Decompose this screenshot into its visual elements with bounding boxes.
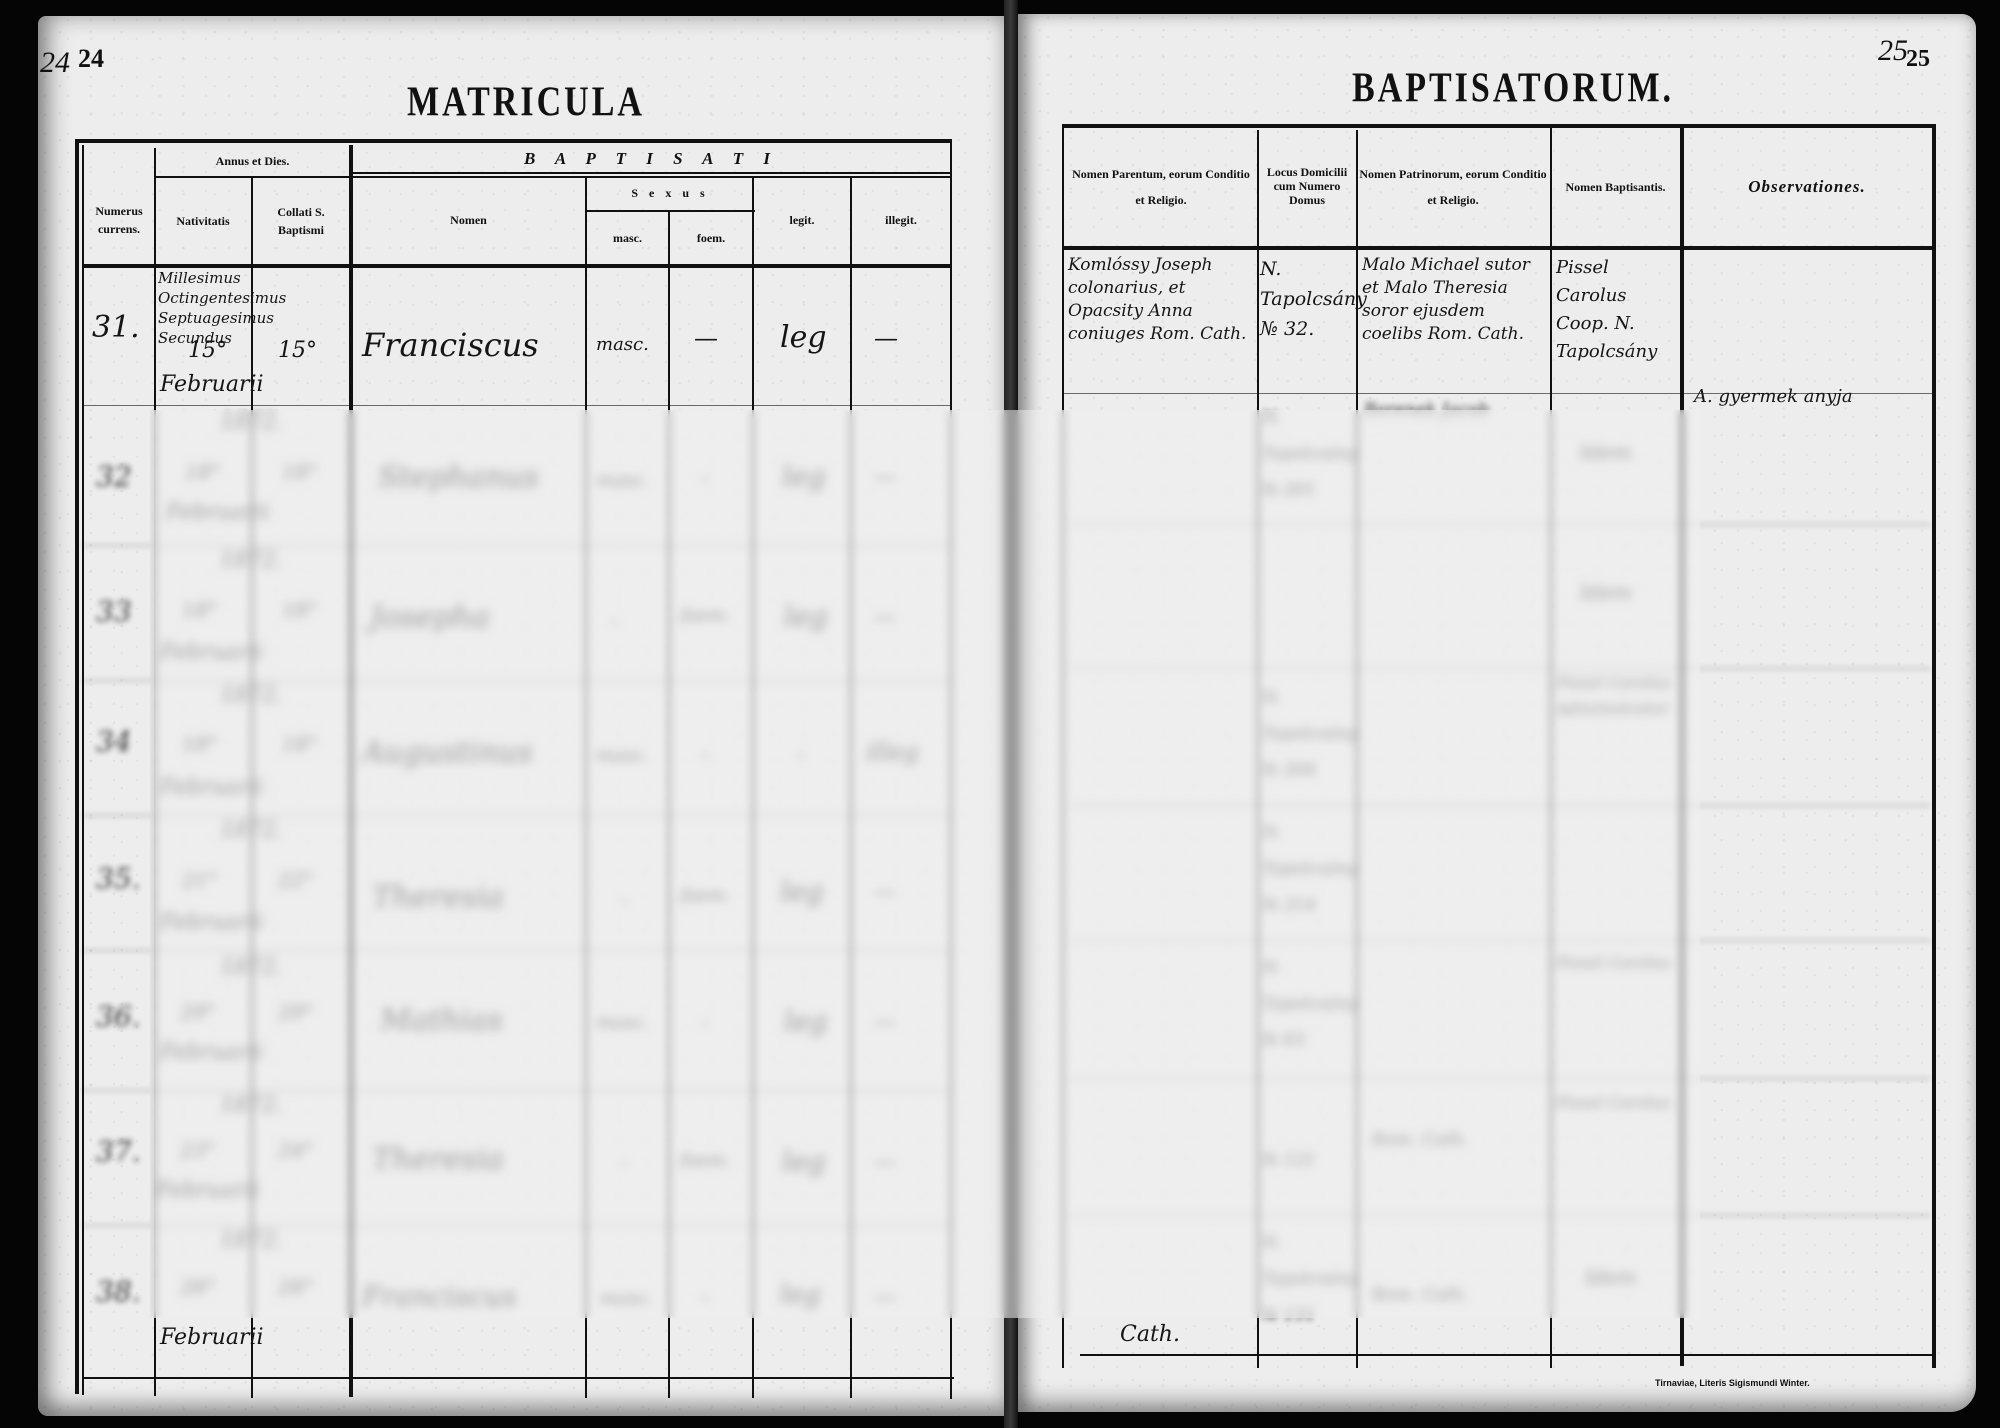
header-legit: legit.: [754, 176, 850, 264]
row-number: 32: [96, 460, 132, 493]
row-patrinorum: Malo Michael sutor et Malo Theresia soro…: [1362, 254, 1550, 346]
row-legit: leg: [780, 320, 827, 355]
row-number: 35.: [96, 862, 141, 895]
row-number: 36.: [96, 1000, 141, 1033]
row-nativitatis: 15°: [188, 338, 227, 363]
table-bottom: [1080, 1354, 1935, 1356]
row-parentum: Komlóssy Joseph colonarius, et Opacsity …: [1068, 254, 1256, 346]
row-month: Februarii: [160, 1325, 264, 1350]
row-masc: masc.: [596, 334, 649, 355]
row-locus: N. Tapolcsány № 32.: [1260, 254, 1356, 344]
page-number-handwritten-right: 25: [1878, 34, 1908, 68]
header-parentum: Nomen Parentum, eorum Conditio et Religi…: [1066, 128, 1256, 246]
header-collati: Collati S. Baptismi: [253, 178, 349, 264]
table-border: [75, 139, 79, 1394]
row-observationes: A. gyermek anyja: [1694, 386, 1853, 407]
row-month: Februarii: [160, 372, 264, 397]
header-nativitatis: Nativitatis: [155, 178, 251, 264]
page-title-right: BAPTISATORUM.: [1352, 65, 1674, 113]
header-nomen: Nomen: [352, 176, 585, 264]
header-observationes: Observationes.: [1684, 128, 1930, 246]
page-number-printed-left: 24: [78, 44, 104, 74]
header-separator: [1064, 246, 1934, 250]
row-foem: —: [694, 324, 718, 352]
row-year: Millesimus Octingentesimus Septuagesimus…: [158, 268, 348, 348]
header-numerus: Numerus currens.: [84, 176, 154, 264]
header-foem: foem.: [670, 212, 752, 264]
header-annus-et-dies: Annus et Dies.: [155, 146, 350, 176]
row-number: 31.: [92, 310, 140, 345]
row-number: 37.: [96, 1135, 141, 1168]
page-title-left: MATRICULA: [407, 79, 645, 127]
row-baptisantis: Pissel Carolus Coop. N. Tapolcsány: [1556, 254, 1680, 366]
col-line: [1932, 124, 1936, 1368]
table-border: [82, 145, 84, 1395]
table-border: [75, 139, 952, 143]
table-bottom: [82, 1377, 954, 1379]
printer-imprint: Tirnaviae, Literis Sigismundi Winter.: [1655, 1378, 1810, 1388]
redaction-blur-band: [150, 410, 1700, 1318]
header-locus: Locus Domicilii cum Numero Domus: [1259, 128, 1355, 246]
header-patrinorum: Nomen Patrinorum, eorum Conditio et Reli…: [1358, 128, 1548, 246]
row-nomen: Franciscus: [362, 326, 539, 364]
header-sexus: S e x u s: [587, 176, 753, 210]
row-collati: 15°: [278, 338, 317, 363]
header-masc: masc.: [587, 212, 668, 264]
page-number-printed-right: 25: [1906, 46, 1930, 73]
row-number: 38.: [96, 1275, 141, 1308]
row-illegit: —: [874, 324, 898, 352]
header-illegit: illegit.: [852, 176, 950, 264]
header-baptisati: B A P T I S A T I: [352, 144, 950, 174]
row-separator: [82, 405, 950, 406]
header-baptisantis: Nomen Baptisantis.: [1552, 128, 1679, 246]
row-number: 33: [96, 595, 132, 628]
page-number-handwritten-left: 24: [40, 46, 70, 80]
row-parentum: Cath.: [1120, 1322, 1180, 1347]
row-number: 34: [96, 725, 132, 758]
